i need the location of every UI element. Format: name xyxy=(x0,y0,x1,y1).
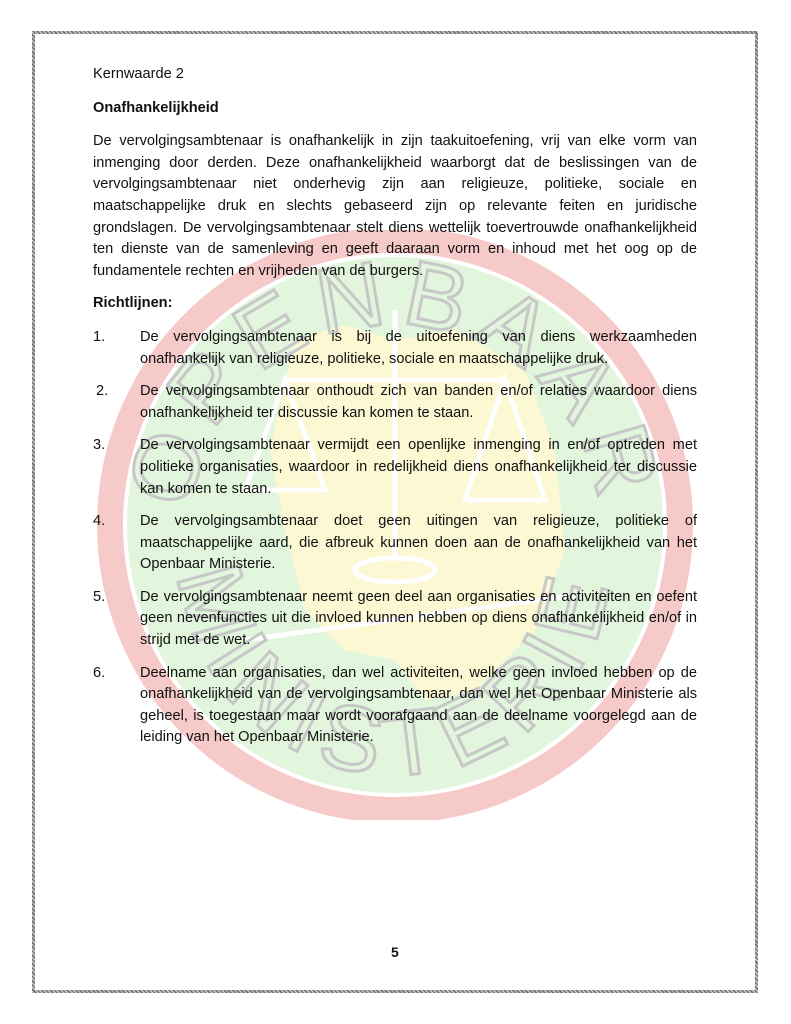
guideline-text: Deelname aan organisaties, dan wel activ… xyxy=(140,663,697,749)
guideline-text: De vervolgingsambtenaar is bij de uitoef… xyxy=(140,327,697,370)
guideline-text: De vervolgingsambtenaar neemt geen deel … xyxy=(140,587,697,652)
intro-paragraph: De vervolgingsambtenaar is onafhankelijk… xyxy=(93,131,697,282)
section-label: Kernwaarde 2 xyxy=(93,64,697,86)
guideline-number: 4. xyxy=(93,511,140,576)
guideline-number: 2. xyxy=(93,381,140,424)
guideline-number: 3. xyxy=(93,435,140,500)
guideline-number: 6. xyxy=(93,663,140,749)
guidelines-list: 1.De vervolgingsambtenaar is bij de uito… xyxy=(93,327,697,749)
document-body: Kernwaarde 2 Onafhankelijkheid De vervol… xyxy=(93,64,697,760)
guideline-text: De vervolgingsambtenaar vermijdt een ope… xyxy=(140,435,697,500)
guideline-number: 1. xyxy=(93,327,140,370)
guideline-item: 3.De vervolgingsambtenaar vermijdt een o… xyxy=(93,435,697,500)
page-number: 5 xyxy=(391,944,399,960)
guideline-item: 4.De vervolgingsambtenaar doet geen uiti… xyxy=(93,511,697,576)
guideline-text: De vervolgingsambtenaar onthoudt zich va… xyxy=(140,381,697,424)
guideline-item: 5.De vervolgingsambtenaar neemt geen dee… xyxy=(93,587,697,652)
guideline-number: 5. xyxy=(93,587,140,652)
guideline-item: 1.De vervolgingsambtenaar is bij de uito… xyxy=(93,327,697,370)
guideline-item: 2.De vervolgingsambtenaar onthoudt zich … xyxy=(93,381,697,424)
section-title: Onafhankelijkheid xyxy=(93,98,697,120)
guidelines-heading: Richtlijnen: xyxy=(93,293,697,315)
guideline-item: 6.Deelname aan organisaties, dan wel act… xyxy=(93,663,697,749)
guideline-text: De vervolgingsambtenaar doet geen uiting… xyxy=(140,511,697,576)
